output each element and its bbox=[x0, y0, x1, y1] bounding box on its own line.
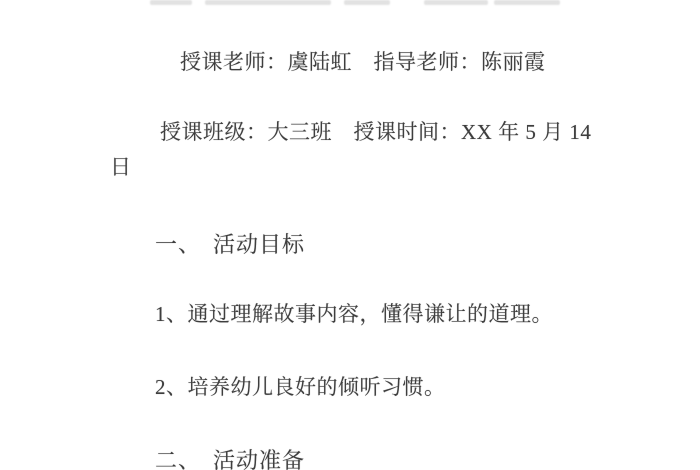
goal-item-2: 2、培养幼儿良好的倾听习惯。 bbox=[155, 375, 446, 399]
section-heading-activity-preparation: 二、 活动准备 bbox=[155, 449, 305, 470]
teachers-line: 授课老师：虞陆虹 指导老师：陈丽霞 bbox=[180, 50, 546, 74]
cropped-title-fragment bbox=[494, 0, 560, 5]
document-page: 授课老师：虞陆虹 指导老师：陈丽霞 授课班级：大三班 授课时间：XX 年 5 月… bbox=[0, 0, 700, 470]
cropped-title-fragment bbox=[424, 0, 488, 5]
cropped-title-fragment bbox=[150, 0, 192, 5]
goal-item-1: 1、通过理解故事内容，懂得谦让的道理。 bbox=[155, 302, 553, 326]
class-time-line: 授课班级：大三班 授课时间：XX 年 5 月 14 bbox=[160, 120, 591, 144]
section-heading-activity-goals: 一、 活动目标 bbox=[155, 233, 305, 257]
cropped-title-remnant bbox=[0, 0, 700, 8]
cropped-title-fragment bbox=[205, 0, 331, 5]
class-time-wrap-char: 日 bbox=[110, 155, 132, 179]
cropped-title-fragment bbox=[344, 0, 390, 5]
